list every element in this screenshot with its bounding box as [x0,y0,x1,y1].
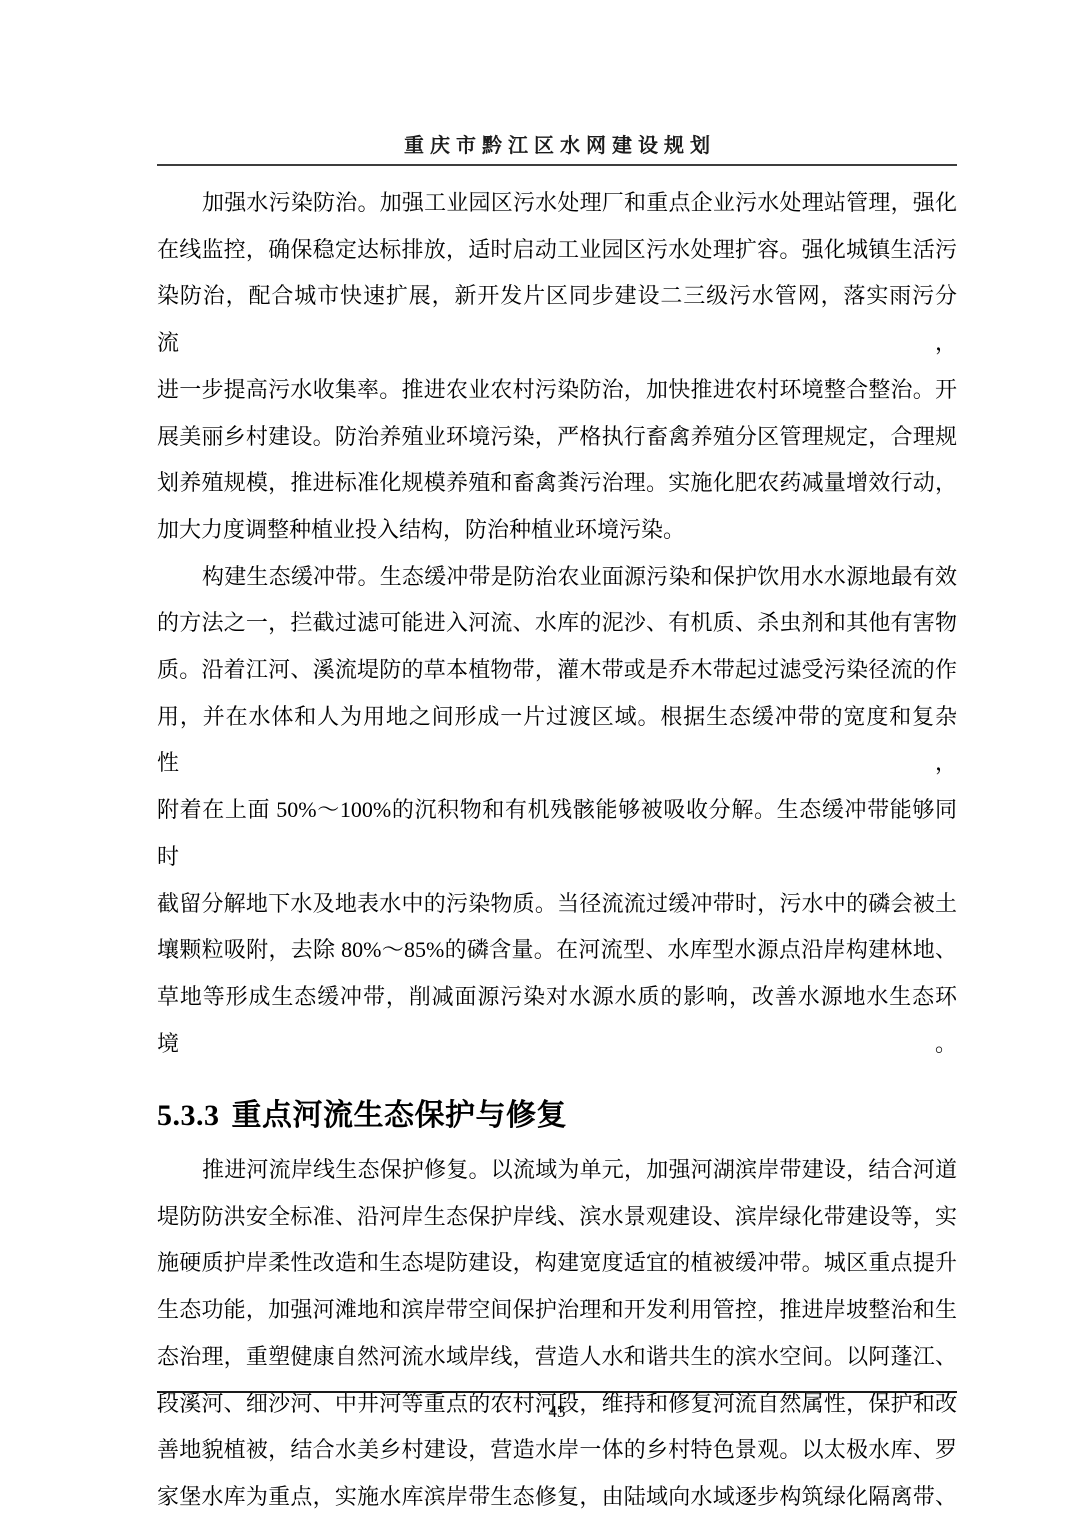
paragraph-line: 展美丽乡村建设。防治养殖业环境污染，严格执行畜禽养殖分区管理规定，合理规 [157,414,957,461]
paragraph-line: 染防治，配合城市快速扩展，新开发片区同步建设二三级污水管网，落实雨污分流， [157,273,957,366]
header-divider [157,164,957,166]
paragraph-line: 善地貌植被，结合水美乡村建设，营造水岸一体的乡村特色景观。以太极水库、罗 [157,1427,957,1474]
paragraph-line: 加强水污染防治。加强工业园区污水处理厂和重点企业污水处理站管理，强化 [157,180,957,227]
paragraph: 构建生态缓冲带。生态缓冲带是防治农业面源污染和保护饮用水水源地最有效的方法之一，… [157,554,957,1068]
section-heading-number: 5.3.3 [157,1099,220,1132]
paragraph-line: 用，并在水体和人为用地之间形成一片过渡区域。根据生态缓冲带的宽度和复杂性， [157,694,957,787]
document-page: 重庆市黔江区水网建设规划 加强水污染防治。加强工业园区污水处理厂和重点企业污水处… [0,0,1074,1520]
section-heading: 5.3.3重点河流生态保护与修复 [157,1093,957,1140]
paragraph-line: 壤颗粒吸附，去除 80%～85%的磷含量。在河流型、水库型水源点沿岸构建林地、 [157,927,957,974]
paragraph-line: 截留分解地下水及地表水中的污染物质。当径流流过缓冲带时，污水中的磷会被土 [157,881,957,928]
paragraph-line: 堤防防洪安全标准、沿河岸生态保护岸线、滨水景观建设、滨岸绿化带建设等，实 [157,1194,957,1241]
paragraph: 加强水污染防治。加强工业园区污水处理厂和重点企业污水处理站管理，强化在线监控，确… [157,180,957,554]
paragraph-line: 划养殖规模，推进标准化规模养殖和畜禽粪污治理。实施化肥农药减量增效行动， [157,460,957,507]
footer-divider [157,1391,957,1393]
paragraph-line: 进一步提高污水收集率。推进农业农村污染防治，加快推进农村环境整合整治。开 [157,367,957,414]
section-heading-text: 重点河流生态保护与修复 [232,1099,568,1132]
paragraph-line: 家堡水库为重点，实施水库滨岸带生态修复，由陆域向水域逐步构筑绿化隔离带、 [157,1474,957,1520]
paragraph-line: 推进河流岸线生态保护修复。以流域为单元，加强河湖滨岸带建设，结合河道 [157,1147,957,1194]
paragraph: 推进河流岸线生态保护修复。以流域为单元，加强河湖滨岸带建设，结合河道堤防防洪安全… [157,1147,957,1520]
paragraph-line: 加大力度调整种植业投入结构，防治种植业环境污染。 [157,507,957,554]
paragraph-line: 生态功能，加强河滩地和滨岸带空间保护治理和开发利用管控，推进岸坡整治和生 [157,1287,957,1334]
paragraph-line: 附着在上面 50%～100%的沉积物和有机残骸能够被吸收分解。生态缓冲带能够同时 [157,787,957,880]
paragraph-line: 在线监控，确保稳定达标排放，适时启动工业园区污水处理扩容。强化城镇生活污 [157,227,957,274]
paragraph-line: 的方法之一，拦截过滤可能进入河流、水库的泥沙、有机质、杀虫剂和其他有害物 [157,600,957,647]
document-header-title: 重庆市黔江区水网建设规划 [157,133,957,159]
paragraph-line: 构建生态缓冲带。生态缓冲带是防治农业面源污染和保护饮用水水源地最有效 [157,554,957,601]
document-body: 加强水污染防治。加强工业园区污水处理厂和重点企业污水处理站管理，强化在线监控，确… [157,180,957,1520]
page-number: 43 [157,1399,957,1425]
paragraph-line: 草地等形成生态缓冲带，削减面源污染对水源水质的影响，改善水源地水生态环境。 [157,974,957,1067]
paragraph-line: 施硬质护岸柔性改造和生态堤防建设，构建宽度适宜的植被缓冲带。城区重点提升 [157,1240,957,1287]
paragraph-line: 态治理，重塑健康自然河流水域岸线，营造人水和谐共生的滨水空间。以阿蓬江、 [157,1334,957,1381]
paragraph-line: 质。沿着江河、溪流堤防的草本植物带，灌木带或是乔木带起过滤受污染径流的作 [157,647,957,694]
